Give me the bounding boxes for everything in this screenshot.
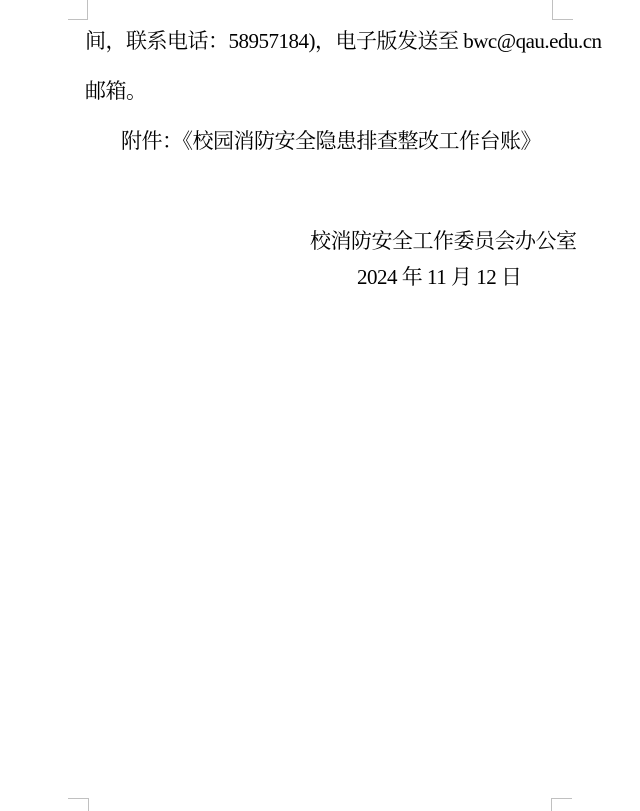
crop-mark-top-left-horizontal bbox=[68, 19, 88, 20]
crop-mark-top-left-vertical bbox=[87, 0, 88, 20]
signature-date: 2024 年 11 月 12 日 bbox=[357, 266, 521, 289]
document-page: 间，联系电话：58957184)，电子版发送至 bwc@qau.edu.cn 邮… bbox=[0, 0, 640, 811]
body-line-contact: 间，联系电话：58957184)，电子版发送至 bwc@qau.edu.cn bbox=[85, 30, 602, 53]
crop-mark-top-right-horizontal bbox=[552, 19, 573, 20]
crop-mark-bottom-right-vertical bbox=[551, 798, 552, 811]
crop-mark-top-right-vertical bbox=[552, 0, 553, 20]
crop-mark-bottom-left-vertical bbox=[88, 798, 89, 811]
signature-organization: 校消防安全工作委员会办公室 bbox=[310, 230, 577, 253]
crop-mark-bottom-left-horizontal bbox=[68, 798, 89, 799]
body-line-mailbox: 邮箱。 bbox=[85, 80, 147, 103]
crop-mark-bottom-right-horizontal bbox=[551, 798, 572, 799]
attachment-reference-line: 附件：《校园消防安全隐患排查整改工作台账》 bbox=[121, 130, 541, 153]
